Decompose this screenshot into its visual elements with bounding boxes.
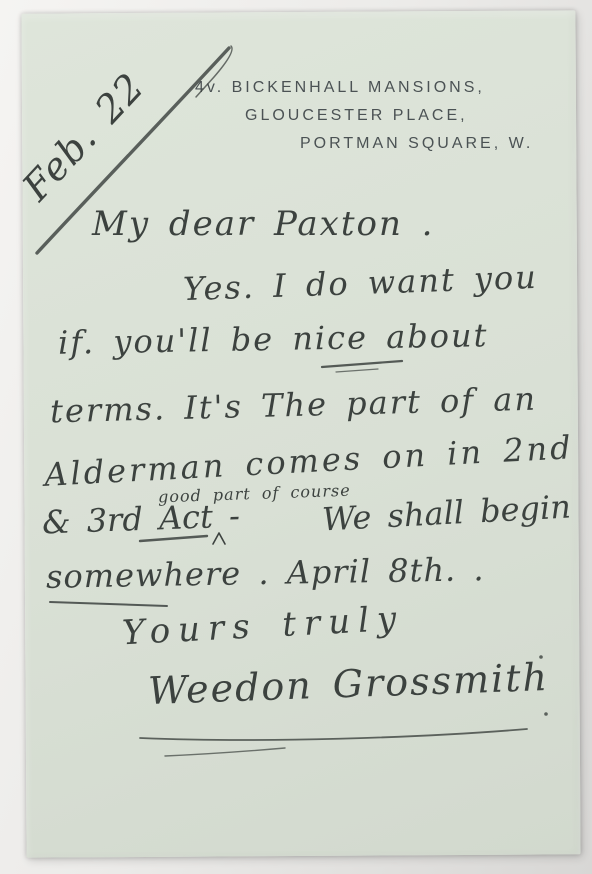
salutation-line: My dear Paxton . <box>92 204 435 244</box>
body-line-6: somewhere . April 8th. . <box>46 550 485 596</box>
body-line-2: if. you'll be nice about <box>58 316 489 362</box>
letterhead-address-line3: PORTMAN SQUARE, W. <box>300 135 533 153</box>
letterhead-address-line1: 4v. BICKENHALL MANSIONS, <box>195 79 485 97</box>
letterhead-address-line2: GLOUCESTER PLACE, <box>245 107 468 125</box>
scan-background: 4v. BICKENHALL MANSIONS, GLOUCESTER PLAC… <box>0 0 592 874</box>
body-line-5-start: & 3rd Act - <box>41 497 240 542</box>
